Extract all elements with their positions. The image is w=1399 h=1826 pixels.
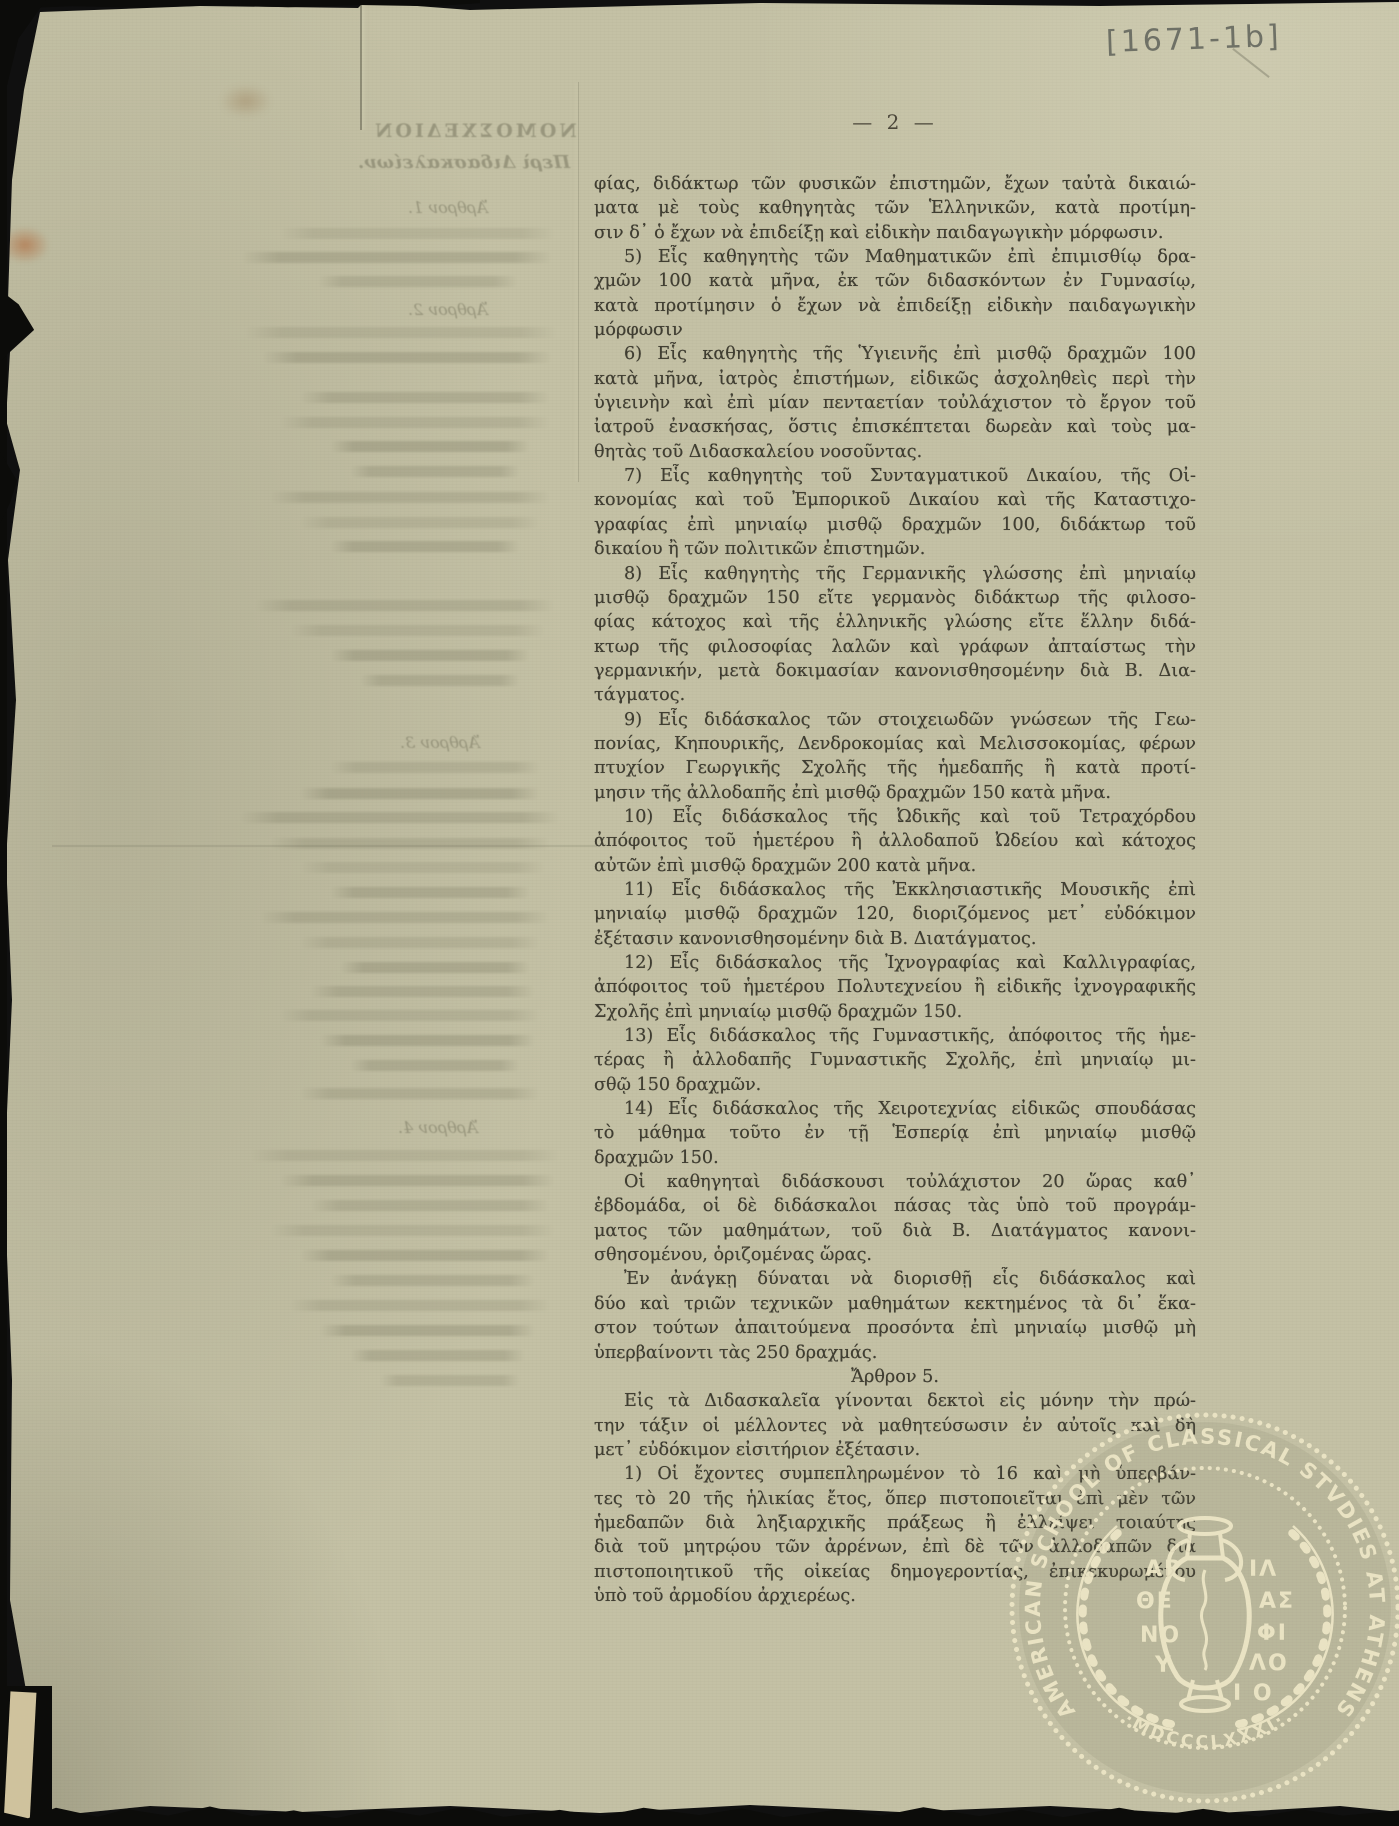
page-number: — 2 — xyxy=(594,110,1196,134)
bleedthrough-stroke xyxy=(250,1150,560,1161)
text-line: ἑβδομάδα, οἱ δὲ διδάσκαλοι πάσας τὰς ὑπὸ… xyxy=(594,1194,1196,1218)
bleedthrough-stroke xyxy=(300,1250,550,1261)
bleedthrough-stroke xyxy=(280,417,550,428)
bleedthrough-stroke xyxy=(262,352,552,363)
text-line: 8) Εἷς καθηγητὴς τῆς Γερμανικῆς γλώσσης … xyxy=(594,562,1196,586)
bleedthrough-stroke xyxy=(300,862,545,873)
text-line: 12) Εἷς διδάσκαλος τῆς Ἰχνογραφίας καὶ Κ… xyxy=(594,951,1196,975)
paragraph: Ἐν ἀνάγκῃ δύναται νὰ διορισθῇ εἷς διδάσκ… xyxy=(594,1267,1196,1364)
seal-letter: ΑΡ xyxy=(1145,1557,1182,1582)
brown-stain xyxy=(220,84,272,118)
seal-letter: Ι Ο xyxy=(1233,1681,1274,1706)
bleedthrough-stroke xyxy=(300,788,540,799)
bleedthrough-stroke xyxy=(380,1375,520,1386)
text-line: σιν δ᾽ ὁ ἔχων νὰ ἐπιδείξῃ καὶ εἰδικὴν πα… xyxy=(594,221,1196,245)
paragraph: 7) Εἷς καθηγητὴς τοῦ Συνταγματικοῦ Δικαί… xyxy=(594,464,1196,561)
text-line: στον τούτων ἀπαιτούμενα προσόντα ἐπὶ μην… xyxy=(594,1316,1196,1340)
bleedthrough-stroke xyxy=(242,252,552,263)
text-line: δραχμῶν 150. xyxy=(594,1146,1196,1170)
rust-stain xyxy=(0,226,50,264)
left-shading xyxy=(0,0,640,1826)
text-line: πονίας, Κηπουρικῆς, Δενδροκομίας καὶ Μελ… xyxy=(594,732,1196,756)
text-line: Ἄρθρον 5. xyxy=(594,1365,1196,1389)
paragraph: 12) Εἷς διδάσκαλος τῆς Ἰχνογραφίας καὶ Κ… xyxy=(594,951,1196,1024)
text-line: μηνιαίῳ μισθῷ δραχμῶν 120, διοριζόμενος … xyxy=(594,902,1196,926)
bleedthrough-text: Ἄρθρον 3. xyxy=(400,733,480,752)
text-line: Οἱ καθηγηταὶ διδάσκουσι τοὐλάχιστον 20 ὥ… xyxy=(594,1170,1196,1194)
paragraph: 9) Εἷς διδάσκαλος τῶν στοιχειωδῶν γνώσεω… xyxy=(594,708,1196,805)
text-line: 11) Εἷς διδάσκαλος τῆς Ἐκκλησιαστικῆς Μο… xyxy=(594,878,1196,902)
bleedthrough-stroke xyxy=(320,1035,535,1046)
text-line: θητὰς τοῦ Διδασκαλείου νοσοῦντας. xyxy=(594,440,1196,464)
text-line: μησιν τῆς ἀλλοδαπῆς ἐπὶ μισθῷ δραχμῶν 15… xyxy=(594,781,1196,805)
text-line: ὑγιεινὴν καὶ ἐπὶ μίαν πενταετίαν τοὐλάχι… xyxy=(594,391,1196,415)
text-line: ἰατροῦ ἐνασκήσας, ὅστις ἐπισκέπτεται δωρ… xyxy=(594,415,1196,439)
text-line: Ἐν ἀνάγκῃ δύναται νὰ διορισθῇ εἷς διδάσκ… xyxy=(594,1267,1196,1291)
text-line: γερμανικήν, μετὰ δοκιμασίαν κανονισθησομ… xyxy=(594,659,1196,683)
bleedthrough-stroke xyxy=(300,392,550,403)
text-line: 13) Εἷς διδάσκαλος τῆς Γυμναστικῆς, ἀπόφ… xyxy=(594,1024,1196,1048)
paragraph: φίας, διδάκτωρ τῶν φυσικῶν ἐπιστημῶν, ἔχ… xyxy=(594,172,1196,245)
text-line: 6) Εἷς καθηγητὴς τῆς Ὑγιεινῆς ἐπὶ μισθῷ … xyxy=(594,342,1196,366)
paragraph: 6) Εἷς καθηγητὴς τῆς Ὑγιεινῆς ἐπὶ μισθῷ … xyxy=(594,342,1196,464)
scanned-document: ΝΟΜΟΣΧΕΔΙΟΝΠερὶ Διδασκαλείων.Ἄρθρον 1.Ἄρ… xyxy=(0,0,1399,1826)
text-line: κατὰ προτίμησιν ὁ ἔχων νὰ ἐπιδείξῃ εἰδικ… xyxy=(594,294,1196,318)
bleedthrough-stroke xyxy=(240,812,560,823)
bleedthrough-column: ΝΟΜΟΣΧΕΔΙΟΝΠερὶ Διδασκαλείων.Ἄρθρον 1.Ἄρ… xyxy=(0,0,600,1450)
bleedthrough-stroke xyxy=(350,1350,525,1361)
seal-letter: ΝΟ xyxy=(1140,1623,1181,1648)
text-line: κατὰ μῆνα, ἰατρὸς ἐπιστήμων, εἰδικῶς ἀσχ… xyxy=(594,367,1196,391)
bleedthrough-stroke xyxy=(330,1275,535,1286)
text-line: ἀπόφοιτος τοῦ ἡμετέρου ἢ ἀλλοδαποῦ Ὠδείο… xyxy=(594,829,1196,853)
text-line: σθησομένου, ὁριζομένας ὥρας. xyxy=(594,1243,1196,1267)
text-line: δύο καὶ τριῶν τεχνικῶν μαθημάτων κεκτημέ… xyxy=(594,1292,1196,1316)
text-line: 7) Εἷς καθηγητὴς τοῦ Συνταγματικοῦ Δικαί… xyxy=(594,464,1196,488)
text-line: φίας κάτοχος καὶ τῆς ἑλληνικῆς γλώσης εἴ… xyxy=(594,610,1196,634)
text-line: ὑπερβαίνοντι τὰς 250 δραχμάς. xyxy=(594,1341,1196,1365)
text-line: σθῷ 150 δραχμῶν. xyxy=(594,1073,1196,1097)
text-line: 10) Εἷς διδάσκαλος τῆς Ὠδικῆς καὶ τοῦ Τε… xyxy=(594,805,1196,829)
bleedthrough-stroke xyxy=(270,1225,555,1236)
bleedthrough-stroke xyxy=(350,1060,520,1071)
text-line: κτωρ τῆς φιλοσοφίας λαλῶν καὶ γράφων ἀπτ… xyxy=(594,635,1196,659)
bleedthrough-text: Ἄρθρον 2. xyxy=(408,300,488,319)
text-line: γραφίας ἐπὶ μηνιαίῳ μισθῷ δραχμῶν 100, δ… xyxy=(594,513,1196,537)
text-line: ἀπόφοιτος τοῦ ἡμετέρου Πολυτεχνείου ἢ εἰ… xyxy=(594,975,1196,999)
text-line: ἐξέτασιν κανονισθησομένην διὰ Β. Διατάγμ… xyxy=(594,927,1196,951)
text-line: τάγματος. xyxy=(594,683,1196,707)
text-line: πτυχίον Γεωργικῆς Σχολῆς τῆς ἡμεδαπῆς ἢ … xyxy=(594,756,1196,780)
seal-letter: ΑΣ xyxy=(1259,1589,1295,1614)
bleedthrough-stroke xyxy=(330,762,540,773)
text-line: 5) Εἷς καθηγητὴς τῶν Μαθηματικῶν ἐπὶ ἐπι… xyxy=(594,245,1196,269)
bleedthrough-stroke xyxy=(260,912,550,923)
text-line: Σχολῆς ἐπὶ μηνιαίῳ μισθῷ δραχμῶν 150. xyxy=(594,1000,1196,1024)
text-line: αὐτῶν ἐπὶ μισθῷ δραχμῶν 200 κατὰ μῆνα. xyxy=(594,854,1196,878)
bleedthrough-stroke xyxy=(330,887,530,898)
text-line: 14) Εἷς διδάσκαλος τῆς Χειροτεχνίας εἰδι… xyxy=(594,1097,1196,1121)
bleedthrough-stroke xyxy=(270,492,550,503)
article-heading: Ἄρθρον 5. xyxy=(594,1365,1196,1389)
text-line: δικαίου ἢ τῶν πολιτικῶν ἐπιστημῶν. xyxy=(594,537,1196,561)
bleedthrough-stroke xyxy=(310,1200,550,1211)
seal-letter: ΛΟ xyxy=(1249,1651,1289,1676)
bleedthrough-text: ΝΟΜΟΣΧΕΔΙΟΝ xyxy=(372,120,577,142)
text-line: ματος τῶν μαθημάτων, τοῦ διὰ Β. Διατάγμα… xyxy=(594,1219,1196,1243)
bleedthrough-stroke xyxy=(330,541,520,552)
archival-annotation: [1671-1b] xyxy=(1105,19,1282,60)
bleedthrough-stroke xyxy=(310,986,535,997)
text-line: τὸ μάθημα τοῦτο ἐν τῇ Ἑσπερίᾳ ἐπὶ μηνιαί… xyxy=(594,1121,1196,1145)
bleedthrough-stroke xyxy=(330,650,530,661)
bleedthrough-stroke xyxy=(300,1088,540,1099)
seal-letter: ΦΙ xyxy=(1257,1621,1288,1646)
bleedthrough-stroke xyxy=(330,441,530,452)
bleedthrough-text: Ἄρθρον 4. xyxy=(398,1118,478,1137)
paragraph: 14) Εἷς διδάσκαλος τῆς Χειροτεχνίας εἰδι… xyxy=(594,1097,1196,1170)
fold-crease-center xyxy=(578,82,579,482)
embossed-seal: AMERICAN SCHOOL OF CLASSICAL STVDIES AT … xyxy=(1005,1408,1399,1808)
paragraph: 10) Εἷς διδάσκαλος τῆς Ὠδικῆς καὶ τοῦ Τε… xyxy=(594,805,1196,878)
bleedthrough-text: Ἄρθρον 1. xyxy=(408,198,488,217)
main-text-column: φίας, διδάκτωρ τῶν φυσικῶν ἐπιστημῶν, ἔχ… xyxy=(594,172,1196,1608)
bleedthrough-stroke xyxy=(280,228,555,239)
text-line: ματα μὲ τοὺς καθηγητὰς τῶν Ἑλληνικῶν, κα… xyxy=(594,196,1196,220)
bleedthrough-stroke xyxy=(340,962,530,973)
text-line: μισθῷ δραχμῶν 150 εἴτε γερμανὸς διδάκτωρ… xyxy=(594,586,1196,610)
bleedthrough-stroke xyxy=(280,1175,555,1186)
bottom-left-shading xyxy=(0,1206,520,1826)
bleedthrough-stroke xyxy=(350,466,520,477)
document-page: ΝΟΜΟΣΧΕΔΙΟΝΠερὶ Διδασκαλείων.Ἄρθρον 1.Ἄρ… xyxy=(0,0,1399,1826)
bleedthrough-stroke xyxy=(300,517,540,528)
bleedthrough-stroke xyxy=(270,838,550,849)
bleedthrough-stroke xyxy=(318,276,518,287)
fold-crease-top xyxy=(360,0,362,130)
bleedthrough-stroke xyxy=(280,1010,540,1021)
bleedthrough-stroke xyxy=(360,675,520,686)
seal-letter: ΘΕ xyxy=(1136,1589,1174,1614)
bleedthrough-stroke xyxy=(300,937,540,948)
text-line: φίας, διδάκτωρ τῶν φυσικῶν ἐπιστημῶν, ἔχ… xyxy=(594,172,1196,196)
paragraph: 8) Εἷς καθηγητὴς τῆς Γερμανικῆς γλώσσης … xyxy=(594,562,1196,708)
seal-letter: ΙΛ xyxy=(1249,1557,1278,1582)
paragraph: Οἱ καθηγηταὶ διδάσκουσι τοὐλάχιστον 20 ὥ… xyxy=(594,1170,1196,1267)
text-line: χμῶν 100 κατὰ μῆνα, ἐκ τῶν διδασκόντων ἐ… xyxy=(594,269,1196,293)
bleedthrough-stroke xyxy=(290,625,545,636)
paragraph: 11) Εἷς διδάσκαλος τῆς Ἐκκλησιαστικῆς Μο… xyxy=(594,878,1196,951)
paragraph: 5) Εἷς καθηγητὴς τῶν Μαθηματικῶν ἐπὶ ἐπι… xyxy=(594,245,1196,342)
text-line: μόρφωσιν xyxy=(594,318,1196,342)
text-line: κονομίας καὶ τοῦ Ἐμπορικοῦ Δικαίου καὶ τ… xyxy=(594,488,1196,512)
bleedthrough-stroke xyxy=(245,327,557,338)
bleedthrough-text: Περὶ Διδασκαλείων. xyxy=(358,152,570,173)
paragraph: 13) Εἷς διδάσκαλος τῆς Γυμναστικῆς, ἀπόφ… xyxy=(594,1024,1196,1097)
text-line: 9) Εἷς διδάσκαλος τῶν στοιχειωδῶν γνώσεω… xyxy=(594,708,1196,732)
text-line: τέρας ἢ ἀλλοδαπῆς Γυμναστικῆς Σχολῆς, ἐπ… xyxy=(594,1048,1196,1072)
seal-letter: Υ xyxy=(1154,1653,1173,1678)
bleedthrough-stroke xyxy=(320,1325,535,1336)
bleedthrough-stroke xyxy=(290,1300,550,1311)
bleedthrough-stroke xyxy=(255,600,555,611)
fold-crease-horizontal xyxy=(52,845,597,847)
